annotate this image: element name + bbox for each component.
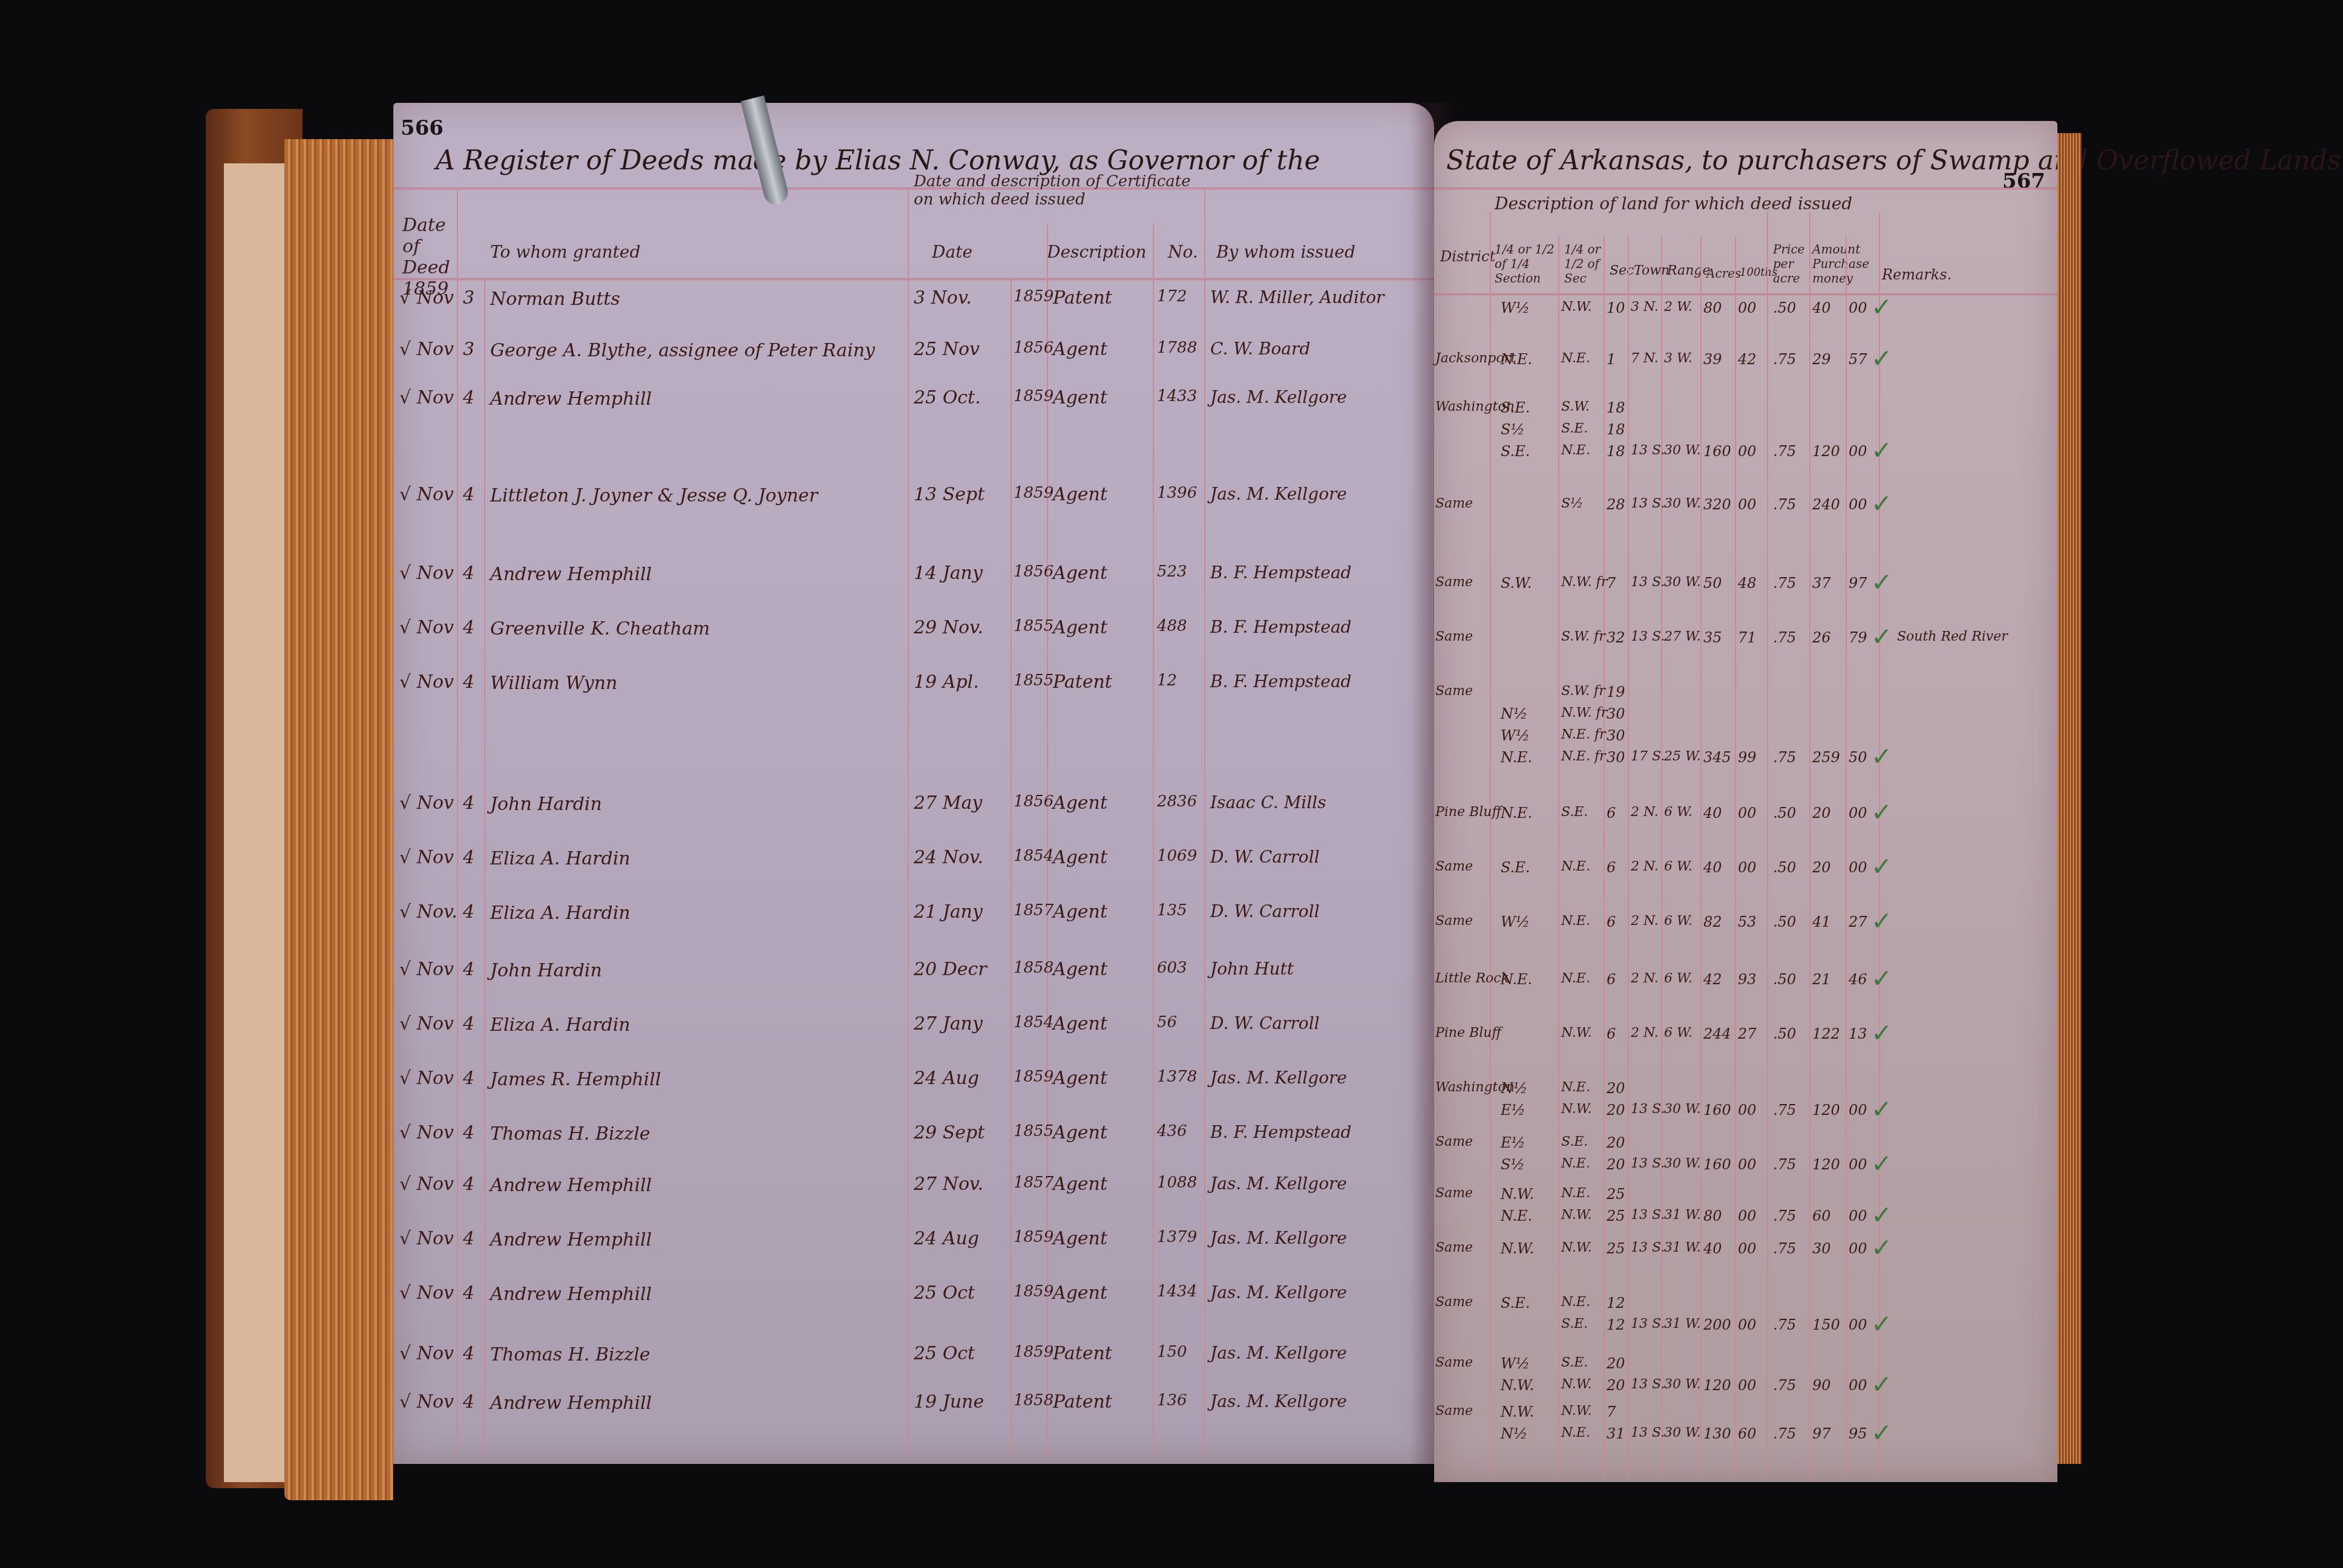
grantee-name: Eliza A. Hardin bbox=[490, 847, 902, 871]
cert-description: Patent bbox=[1053, 671, 1112, 693]
cert-year: 1859 bbox=[1014, 287, 1054, 305]
cert-number: 1434 bbox=[1157, 1282, 1197, 1301]
cert-description: Patent bbox=[1053, 1343, 1112, 1364]
checkmark-icon: ✓ bbox=[1871, 567, 1892, 597]
deed-day: 4 bbox=[463, 1013, 474, 1034]
range: 30 W. bbox=[1664, 1377, 1701, 1392]
section-number: 18 bbox=[1607, 399, 1625, 416]
quarter-section: N.W. bbox=[1501, 1240, 1534, 1257]
cert-year: 1859 bbox=[1014, 1068, 1054, 1086]
grantee-name: Thomas H. Bizzle bbox=[490, 1122, 902, 1146]
range: 3 W. bbox=[1664, 351, 1693, 366]
grantee-name: Eliza A. Hardin bbox=[490, 901, 902, 926]
price-per-acre: .75 bbox=[1773, 443, 1796, 460]
column-divider bbox=[908, 188, 909, 1458]
acres-hundredths: 00 bbox=[1738, 443, 1757, 460]
deed-month: √ Nov. bbox=[399, 901, 457, 923]
quarter-section: N.W. bbox=[1501, 1377, 1534, 1394]
column-divider bbox=[1846, 236, 1847, 1476]
section-number: 32 bbox=[1607, 629, 1625, 646]
ledger-title-left: A Register of Deeds made by Elias N. Con… bbox=[436, 145, 1320, 176]
quarter-of-sec: N.W. bbox=[1561, 1025, 1592, 1040]
range: 31 W. bbox=[1664, 1316, 1701, 1331]
section-number: 25 bbox=[1607, 1240, 1625, 1257]
purchase-amount: 120 bbox=[1812, 1156, 1840, 1173]
acres-hundredths: 60 bbox=[1738, 1425, 1757, 1442]
deed-month: √ Nov bbox=[399, 617, 454, 638]
checkmark-icon: ✓ bbox=[1871, 852, 1892, 881]
header-rule bbox=[1434, 188, 2057, 189]
section-number: 6 bbox=[1607, 913, 1616, 930]
cert-date: 19 Apl. bbox=[914, 671, 979, 693]
column-header-rule bbox=[393, 278, 1434, 280]
left-page: 566 A Register of Deeds made by Elias N.… bbox=[393, 103, 1434, 1464]
cert-year: 1855 bbox=[1014, 617, 1054, 635]
quarter-of-sec: N.E. fr bbox=[1561, 727, 1606, 742]
cert-description: Agent bbox=[1053, 563, 1107, 584]
quarter-section: S.E. bbox=[1501, 443, 1530, 460]
acres-hundredths: 00 bbox=[1738, 859, 1757, 876]
cert-year: 1859 bbox=[1014, 1343, 1054, 1361]
section-number: 7 bbox=[1607, 575, 1616, 592]
section-number: 20 bbox=[1607, 1156, 1625, 1173]
checkmark-icon: ✓ bbox=[1871, 1094, 1892, 1124]
range: 30 W. bbox=[1664, 1102, 1701, 1117]
cert-number: 2836 bbox=[1157, 792, 1197, 811]
header-cert-no: No. bbox=[1168, 242, 1198, 262]
checkmark-icon: ✓ bbox=[1871, 1018, 1892, 1048]
cert-description: Agent bbox=[1053, 617, 1107, 638]
range: 30 W. bbox=[1664, 575, 1701, 590]
district: Same bbox=[1435, 496, 1473, 511]
purchase-cents: 46 bbox=[1849, 971, 1867, 988]
price-per-acre: .75 bbox=[1773, 496, 1796, 513]
grantee-name: William Wynn bbox=[490, 671, 902, 696]
column-divider bbox=[457, 188, 458, 1458]
page-edges bbox=[284, 139, 393, 1500]
grantee-name: Eliza A. Hardin bbox=[490, 1013, 902, 1037]
deed-day: 4 bbox=[463, 617, 474, 638]
issued-by: D. W. Carroll bbox=[1210, 1013, 1320, 1033]
quarter-of-sec: S.E. bbox=[1561, 1355, 1588, 1370]
cert-number: 603 bbox=[1157, 959, 1187, 977]
acres-hundredths: 53 bbox=[1738, 913, 1757, 930]
township: 2 N. bbox=[1631, 1025, 1659, 1040]
section-number: 30 bbox=[1607, 749, 1625, 766]
range: 6 W. bbox=[1664, 971, 1693, 986]
grantee-name: Andrew Hemphill bbox=[490, 1174, 902, 1198]
deed-day: 4 bbox=[463, 1228, 474, 1249]
acres-hundredths: 00 bbox=[1738, 496, 1757, 513]
purchase-cents: 00 bbox=[1849, 299, 1867, 316]
range: 2 W. bbox=[1664, 299, 1693, 315]
acres: 82 bbox=[1703, 913, 1722, 930]
cert-description: Patent bbox=[1053, 287, 1112, 309]
checkmark-icon: ✓ bbox=[1871, 622, 1892, 652]
district: Same bbox=[1435, 1295, 1473, 1310]
checkmark-icon: ✓ bbox=[1871, 292, 1892, 322]
quarter-section: N.E. bbox=[1501, 351, 1532, 368]
header-district: District bbox=[1440, 248, 1495, 265]
deed-month: √ Nov bbox=[399, 287, 454, 309]
column-divider bbox=[1735, 236, 1736, 1476]
range: 30 W. bbox=[1664, 1425, 1701, 1440]
range: 6 W. bbox=[1664, 1025, 1693, 1040]
cert-description: Agent bbox=[1053, 1013, 1107, 1034]
section-number: 20 bbox=[1607, 1080, 1625, 1097]
header-town: Town bbox=[1634, 263, 1670, 278]
issued-by: B. F. Hempstead bbox=[1210, 1122, 1352, 1142]
column-divider bbox=[1879, 212, 1880, 1476]
cert-number: 1433 bbox=[1157, 387, 1197, 405]
price-per-acre: .75 bbox=[1773, 1207, 1796, 1224]
purchase-amount: 240 bbox=[1812, 496, 1840, 513]
quarter-section: S½ bbox=[1501, 421, 1525, 438]
township: 2 N. bbox=[1631, 913, 1659, 929]
purchase-amount: 20 bbox=[1812, 859, 1831, 876]
quarter-of-sec: N.E. bbox=[1561, 443, 1590, 458]
purchase-amount: 30 bbox=[1812, 1240, 1831, 1257]
issued-by: B. F. Hempstead bbox=[1210, 671, 1352, 691]
column-divider bbox=[1700, 236, 1702, 1476]
deed-month: √ Nov bbox=[399, 1343, 454, 1364]
township: 13 S. bbox=[1631, 1240, 1665, 1255]
purchase-cents: 00 bbox=[1849, 443, 1867, 460]
range: 31 W. bbox=[1664, 1207, 1701, 1223]
quarter-section: N.E. bbox=[1501, 1207, 1532, 1224]
acres: 80 bbox=[1703, 1207, 1722, 1224]
issued-by: B. F. Hempstead bbox=[1210, 617, 1352, 637]
price-per-acre: .75 bbox=[1773, 575, 1796, 592]
quarter-of-sec: N.W. bbox=[1561, 1403, 1592, 1419]
acres-hundredths: 00 bbox=[1738, 1240, 1757, 1257]
cert-description: Agent bbox=[1053, 339, 1107, 360]
township: 2 N. bbox=[1631, 971, 1659, 986]
price-per-acre: .75 bbox=[1773, 1156, 1796, 1173]
quarter-of-sec: S.E. bbox=[1561, 805, 1588, 820]
range: 30 W. bbox=[1664, 443, 1701, 458]
acres-hundredths: 71 bbox=[1738, 629, 1757, 646]
checkmark-icon: ✓ bbox=[1871, 742, 1892, 771]
quarter-of-sec: S.E. bbox=[1561, 1134, 1588, 1149]
acres: 40 bbox=[1703, 1240, 1722, 1257]
price-per-acre: .75 bbox=[1773, 1240, 1796, 1257]
section-number: 7 bbox=[1607, 1403, 1616, 1420]
purchase-cents: 50 bbox=[1849, 749, 1867, 766]
range: 30 W. bbox=[1664, 1156, 1701, 1171]
section-number: 18 bbox=[1607, 421, 1625, 438]
acres: 160 bbox=[1703, 1156, 1731, 1173]
deed-day: 4 bbox=[463, 1068, 474, 1089]
purchase-cents: 00 bbox=[1849, 1156, 1867, 1173]
quarter-section: W½ bbox=[1501, 727, 1530, 744]
cert-date: 20 Decr bbox=[914, 959, 987, 980]
section-number: 6 bbox=[1607, 1025, 1616, 1042]
acres-hundredths: 93 bbox=[1738, 971, 1757, 988]
cert-description: Agent bbox=[1053, 901, 1107, 923]
checkmark-icon: ✓ bbox=[1871, 1233, 1892, 1263]
district: Same bbox=[1435, 1186, 1473, 1201]
quarter-section: W½ bbox=[1501, 1355, 1530, 1372]
column-divider bbox=[1204, 188, 1205, 1458]
price-per-acre: .50 bbox=[1773, 859, 1796, 876]
acres-hundredths: 00 bbox=[1738, 1316, 1757, 1333]
quarter-section: N.E. bbox=[1501, 749, 1532, 766]
cert-number: 12 bbox=[1157, 671, 1177, 690]
open-ledger-book: 566 A Register of Deeds made by Elias N.… bbox=[200, 97, 2076, 1512]
column-header-rule bbox=[1434, 293, 2057, 295]
deed-month: √ Nov bbox=[399, 792, 454, 814]
quarter-of-sec: N.W. fr bbox=[1561, 705, 1607, 720]
grantee-name: Andrew Hemphill bbox=[490, 563, 902, 587]
price-per-acre: .50 bbox=[1773, 299, 1796, 316]
cert-year: 1858 bbox=[1014, 1391, 1054, 1410]
township: 13 S. bbox=[1631, 1316, 1665, 1331]
purchase-amount: 41 bbox=[1812, 913, 1831, 930]
price-per-acre: .75 bbox=[1773, 1377, 1796, 1394]
section-number: 6 bbox=[1607, 859, 1616, 876]
quarter-of-sec: N.W. bbox=[1561, 1240, 1592, 1255]
price-per-acre: .50 bbox=[1773, 971, 1796, 988]
deed-day: 4 bbox=[463, 901, 474, 923]
quarter-of-sec: N.E. bbox=[1561, 859, 1590, 874]
quarter-section: S.E. bbox=[1501, 1295, 1530, 1312]
acres: 40 bbox=[1703, 805, 1722, 822]
cert-date: 24 Aug bbox=[914, 1228, 979, 1249]
quarter-section: N½ bbox=[1501, 1425, 1527, 1442]
cert-number: 56 bbox=[1157, 1013, 1177, 1031]
township: 13 S. bbox=[1631, 1377, 1665, 1392]
purchase-cents: 95 bbox=[1849, 1425, 1867, 1442]
section-number: 10 bbox=[1607, 299, 1625, 316]
grantee-name: John Hardin bbox=[490, 792, 902, 817]
deed-month: √ Nov bbox=[399, 1391, 454, 1413]
column-divider bbox=[1558, 236, 1559, 1476]
cert-date: 25 Oct bbox=[914, 1343, 975, 1364]
header-quarter-of-sec: 1/4 or 1/2 of Sec bbox=[1564, 242, 1607, 286]
grantee-name: George A. Blythe, assignee of Peter Rain… bbox=[490, 339, 902, 363]
township: 17 S. bbox=[1631, 749, 1665, 764]
quarter-section: N½ bbox=[1501, 1080, 1527, 1097]
acres: 244 bbox=[1703, 1025, 1731, 1042]
township: 13 S. bbox=[1631, 1156, 1665, 1171]
purchase-cents: 00 bbox=[1849, 1377, 1867, 1394]
column-divider bbox=[1767, 212, 1768, 1476]
price-per-acre: .75 bbox=[1773, 351, 1796, 368]
deed-month: √ Nov bbox=[399, 1122, 454, 1143]
column-divider bbox=[1011, 278, 1012, 1458]
price-per-acre: .50 bbox=[1773, 805, 1796, 822]
purchase-amount: 120 bbox=[1812, 443, 1840, 460]
deed-day: 3 bbox=[463, 339, 474, 360]
purchase-amount: 37 bbox=[1812, 575, 1831, 592]
section-number: 1 bbox=[1607, 351, 1616, 368]
quarter-of-sec: S.W. bbox=[1561, 399, 1590, 414]
purchase-cents: 79 bbox=[1849, 629, 1867, 646]
quarter-of-sec: S.W. fr bbox=[1561, 684, 1605, 699]
deed-month: √ Nov bbox=[399, 959, 454, 980]
section-number: 30 bbox=[1607, 705, 1625, 722]
deed-month: √ Nov bbox=[399, 563, 454, 584]
acres: 80 bbox=[1703, 299, 1722, 316]
cert-number: 150 bbox=[1157, 1343, 1187, 1361]
header-quarter-section: 1/4 or 1/2 of 1/4 Section bbox=[1495, 242, 1555, 286]
checkmark-icon: ✓ bbox=[1871, 797, 1892, 827]
quarter-of-sec: N.E. bbox=[1561, 351, 1590, 366]
header-cert-description: Description bbox=[1047, 242, 1146, 262]
quarter-section: N.E. bbox=[1501, 971, 1532, 988]
header-land-group: Description of land for which deed issue… bbox=[1495, 194, 1852, 214]
quarter-of-sec: N.E. bbox=[1561, 1156, 1590, 1171]
section-number: 20 bbox=[1607, 1134, 1625, 1151]
range: 27 W. bbox=[1664, 629, 1701, 644]
range: 6 W. bbox=[1664, 805, 1693, 820]
cert-date: 25 Nov bbox=[914, 339, 980, 360]
acres: 120 bbox=[1703, 1377, 1731, 1394]
cert-number: 136 bbox=[1157, 1391, 1187, 1410]
cert-description: Agent bbox=[1053, 847, 1107, 868]
cert-number: 1379 bbox=[1157, 1228, 1197, 1246]
deed-day: 4 bbox=[463, 1174, 474, 1195]
acres-hundredths: 00 bbox=[1738, 1102, 1757, 1119]
quarter-section: W½ bbox=[1501, 299, 1530, 316]
district: Same bbox=[1435, 859, 1473, 874]
cert-date: 27 Jany bbox=[914, 1013, 983, 1034]
purchase-cents: 00 bbox=[1849, 1207, 1867, 1224]
issued-by: Jas. M. Kellgore bbox=[1210, 387, 1347, 407]
issued-by: D. W. Carroll bbox=[1210, 901, 1320, 921]
cert-year: 1859 bbox=[1014, 1282, 1054, 1301]
cert-number: 488 bbox=[1157, 617, 1187, 635]
range: 6 W. bbox=[1664, 913, 1693, 929]
price-per-acre: .75 bbox=[1773, 749, 1796, 766]
right-page: 567 State of Arkansas, to purchasers of … bbox=[1434, 121, 2057, 1482]
quarter-of-sec: S½ bbox=[1561, 496, 1583, 511]
acres-hundredths: 00 bbox=[1738, 299, 1757, 316]
district: Little Rock bbox=[1435, 971, 1509, 986]
range: 31 W. bbox=[1664, 1240, 1701, 1255]
column-divider bbox=[484, 278, 485, 1458]
acres: 200 bbox=[1703, 1316, 1731, 1333]
header-certificate-group: Date and description of Certificate on w… bbox=[914, 172, 1198, 209]
acres: 42 bbox=[1703, 971, 1722, 988]
township: 13 S. bbox=[1631, 575, 1665, 590]
column-divider bbox=[1153, 224, 1154, 1458]
grantee-name: Norman Butts bbox=[490, 287, 902, 312]
issued-by: John Hutt bbox=[1210, 959, 1294, 979]
quarter-of-sec: N.E. fr bbox=[1561, 749, 1606, 764]
issued-by: C. W. Board bbox=[1210, 339, 1310, 359]
purchase-amount: 120 bbox=[1812, 1102, 1840, 1119]
township: 13 S. bbox=[1631, 629, 1665, 644]
cert-year: 1856 bbox=[1014, 563, 1054, 581]
quarter-section: S.E. bbox=[1501, 859, 1530, 876]
acres: 40 bbox=[1703, 859, 1722, 876]
column-divider bbox=[1047, 224, 1048, 1458]
price-per-acre: .75 bbox=[1773, 629, 1796, 646]
cert-description: Agent bbox=[1053, 387, 1107, 408]
cert-description: Agent bbox=[1053, 1068, 1107, 1089]
cert-number: 1396 bbox=[1157, 484, 1197, 502]
checkmark-icon: ✓ bbox=[1871, 344, 1892, 373]
flyleaf bbox=[224, 163, 286, 1482]
header-sec: Sec bbox=[1610, 263, 1634, 278]
purchase-amount: 259 bbox=[1812, 749, 1840, 766]
quarter-of-sec: S.W. fr bbox=[1561, 629, 1605, 644]
header-price-per-acre: Price per acre bbox=[1773, 242, 1809, 286]
deed-day: 4 bbox=[463, 563, 474, 584]
quarter-of-sec: N.E. bbox=[1561, 1425, 1590, 1440]
issued-by: W. R. Miller, Auditor bbox=[1210, 287, 1384, 307]
grantee-name: Andrew Hemphill bbox=[490, 1282, 902, 1307]
cert-year: 1859 bbox=[1014, 387, 1054, 405]
cert-number: 1378 bbox=[1157, 1068, 1197, 1086]
district: Same bbox=[1435, 575, 1473, 590]
deed-month: √ Nov bbox=[399, 1013, 454, 1034]
township: 13 S. bbox=[1631, 496, 1665, 511]
section-number: 28 bbox=[1607, 496, 1625, 513]
quarter-of-sec: S.E. bbox=[1561, 421, 1588, 436]
issued-by: Jas. M. Kellgore bbox=[1210, 1282, 1347, 1302]
township: 7 N. bbox=[1631, 351, 1659, 366]
cert-description: Agent bbox=[1053, 484, 1107, 505]
deed-day: 4 bbox=[463, 671, 474, 693]
acres-hundredths: 00 bbox=[1738, 1377, 1757, 1394]
purchase-amount: 29 bbox=[1812, 351, 1831, 368]
quarter-of-sec: N.W. bbox=[1561, 1207, 1592, 1223]
cert-description: Agent bbox=[1053, 1174, 1107, 1195]
acres: 50 bbox=[1703, 575, 1722, 592]
cert-date: 25 Oct bbox=[914, 1282, 975, 1304]
cert-year: 1859 bbox=[1014, 484, 1054, 502]
column-divider bbox=[1604, 236, 1605, 1476]
district: Same bbox=[1435, 1240, 1473, 1255]
header-remarks: Remarks. bbox=[1882, 266, 1951, 283]
price-per-acre: .75 bbox=[1773, 1316, 1796, 1333]
quarter-of-sec: N.E. bbox=[1561, 1080, 1590, 1095]
cert-number: 1088 bbox=[1157, 1174, 1197, 1192]
purchase-cents: 00 bbox=[1849, 496, 1867, 513]
quarter-of-sec: N.E. bbox=[1561, 971, 1590, 986]
acres: 320 bbox=[1703, 496, 1731, 513]
cert-year: 1856 bbox=[1014, 339, 1054, 357]
header-100ths: 100ths bbox=[1740, 266, 1777, 279]
district: Same bbox=[1435, 629, 1473, 644]
checkmark-icon: ✓ bbox=[1871, 436, 1892, 465]
checkmark-icon: ✓ bbox=[1871, 489, 1892, 518]
cert-year: 1854 bbox=[1014, 1013, 1054, 1031]
acres-hundredths: 00 bbox=[1738, 805, 1757, 822]
deed-month: √ Nov bbox=[399, 1068, 454, 1089]
range: 30 W. bbox=[1664, 496, 1701, 511]
deed-month: √ Nov bbox=[399, 847, 454, 868]
checkmark-icon: ✓ bbox=[1871, 906, 1892, 936]
cert-number: 523 bbox=[1157, 563, 1187, 581]
header-to-whom-granted: To whom granted bbox=[490, 242, 640, 262]
grantee-name: Greenville K. Cheatham bbox=[490, 617, 902, 641]
header-by-whom-issued: By whom issued bbox=[1216, 242, 1355, 262]
quarter-of-sec: N.W. bbox=[1561, 1102, 1592, 1117]
cert-description: Patent bbox=[1053, 1391, 1112, 1413]
checkmark-icon: ✓ bbox=[1871, 1418, 1892, 1448]
quarter-section: N.E. bbox=[1501, 805, 1532, 822]
deed-day: 4 bbox=[463, 484, 474, 505]
purchase-cents: 00 bbox=[1849, 1316, 1867, 1333]
deed-day: 4 bbox=[463, 1282, 474, 1304]
price-per-acre: .75 bbox=[1773, 1102, 1796, 1119]
section-number: 25 bbox=[1607, 1186, 1625, 1203]
issued-by: D. W. Carroll bbox=[1210, 847, 1320, 867]
